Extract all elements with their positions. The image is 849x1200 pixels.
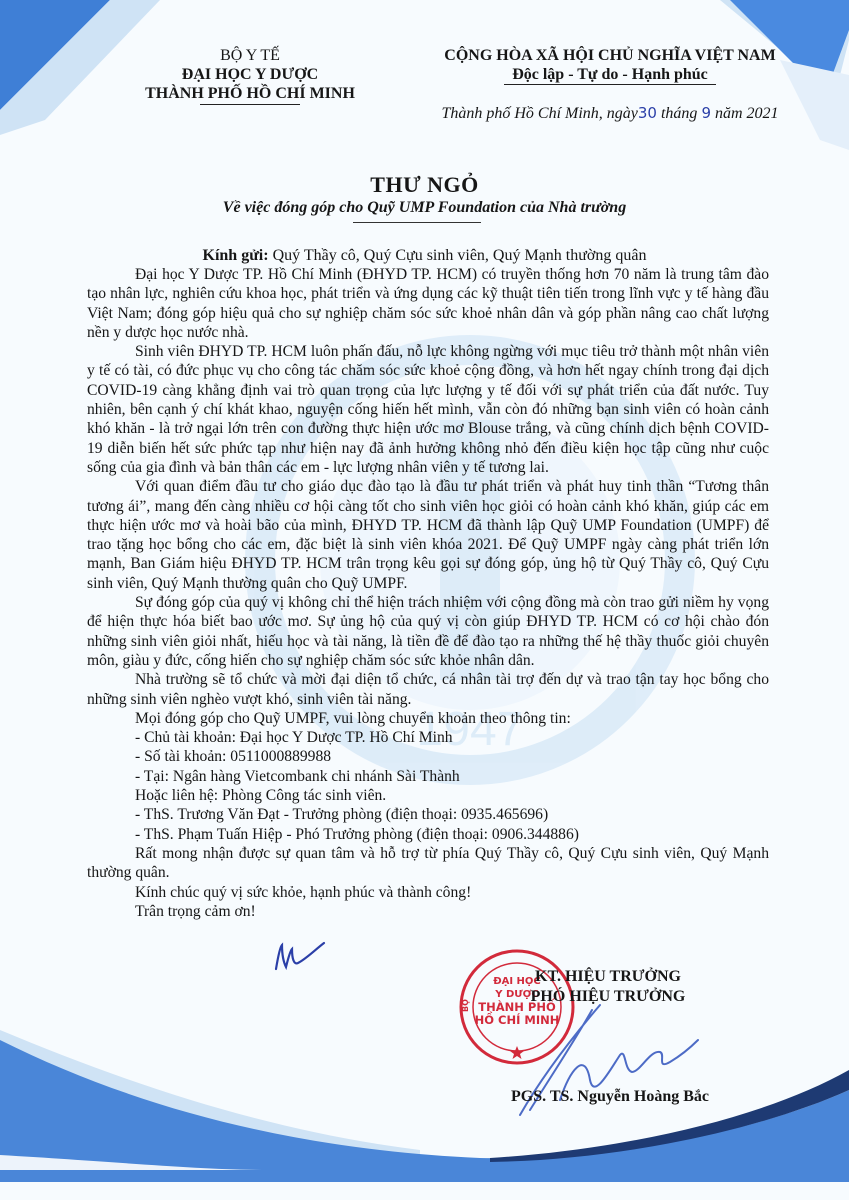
paragraph: Đại học Y Dược TP. Hồ Chí Minh (ĐHYD TP.…	[87, 265, 769, 342]
account-number: - Số tài khoản: 0511000889988	[87, 747, 769, 766]
university-name: ĐẠI HỌC Y DƯỢC	[130, 65, 370, 84]
bank-name: - Tại: Ngân hàng Vietcombank chi nhánh S…	[87, 767, 769, 786]
paragraph: Sự đóng góp của quý vị không chỉ thể hiệ…	[87, 593, 769, 670]
closing-appeal: Rất mong nhận được sự quan tâm và hỗ trợ…	[87, 844, 769, 883]
donation-intro: Mọi đóng góp cho Quỹ UMPF, vui lòng chuy…	[87, 709, 769, 728]
date-day: 30	[638, 104, 657, 122]
contact-intro: Hoặc liên hệ: Phòng Công tác sinh viên.	[87, 786, 769, 805]
signatory-name: PGS. TS. Nguyễn Hoàng Bắc	[480, 1088, 740, 1106]
official-letter: BỘ Y TẾ ĐẠI HỌC Y DƯỢC THÀNH PHỐ HỒ CHÍ …	[0, 0, 849, 1200]
closing-wishes: Kính chúc quý vị sức khỏe, hạnh phúc và …	[87, 883, 769, 902]
issuer-header: BỘ Y TẾ ĐẠI HỌC Y DƯỢC THÀNH PHỐ HỒ CHÍ …	[130, 46, 370, 105]
closing-thanks: Trân trọng cảm ơn!	[87, 902, 769, 921]
subtitle-divider	[353, 222, 481, 223]
letter-title: THƯ NGỎ	[0, 172, 849, 198]
account-holder: - Chủ tài khoản: Đại học Y Dược TP. Hồ C…	[87, 728, 769, 747]
paragraph: Nhà trường sẽ tổ chức và mời đại diện tổ…	[87, 670, 769, 709]
salutation: Kính gửi: Quý Thầy cô, Quý Cựu sinh viên…	[0, 247, 849, 265]
header-divider	[200, 104, 300, 105]
paragraph: Với quan điểm đầu tư cho giáo dục đào tạ…	[87, 477, 769, 593]
contact-person: - ThS. Trương Văn Đạt - Trưởng phòng (đi…	[87, 805, 769, 824]
letter-subtitle: Về việc đóng góp cho Quỹ UMP Foundation …	[0, 199, 849, 217]
letter-body: Đại học Y Dược TP. Hồ Chí Minh (ĐHYD TP.…	[87, 265, 769, 921]
paragraph: Sinh viên ĐHYD TP. HCM luôn phấn đấu, nỗ…	[87, 342, 769, 477]
salutation-recipients: Quý Thầy cô, Quý Cựu sinh viên, Quý Mạnh…	[273, 247, 647, 264]
national-motto: Độc lập - Tự do - Hạnh phúc	[504, 65, 716, 85]
dateline: Thành phố Hồ Chí Minh, ngày30 tháng 9 nă…	[405, 104, 815, 123]
university-city: THÀNH PHỐ HỒ CHÍ MINH	[130, 84, 370, 103]
salutation-label: Kính gửi:	[203, 247, 269, 264]
national-header: CỘNG HÒA XÃ HỘI CHỦ NGHĨA VIỆT NAM Độc l…	[405, 46, 815, 85]
initials-signature-icon	[268, 937, 328, 977]
signatory-role: KT. HIỆU TRƯỞNG	[488, 967, 728, 987]
date-month: 9	[701, 104, 711, 122]
ministry-name: BỘ Y TẾ	[130, 46, 370, 65]
contact-person: - ThS. Phạm Tuấn Hiệp - Phó Trưởng phòng…	[87, 825, 769, 844]
national-title: CỘNG HÒA XÃ HỘI CHỦ NGHĨA VIỆT NAM	[405, 46, 815, 65]
